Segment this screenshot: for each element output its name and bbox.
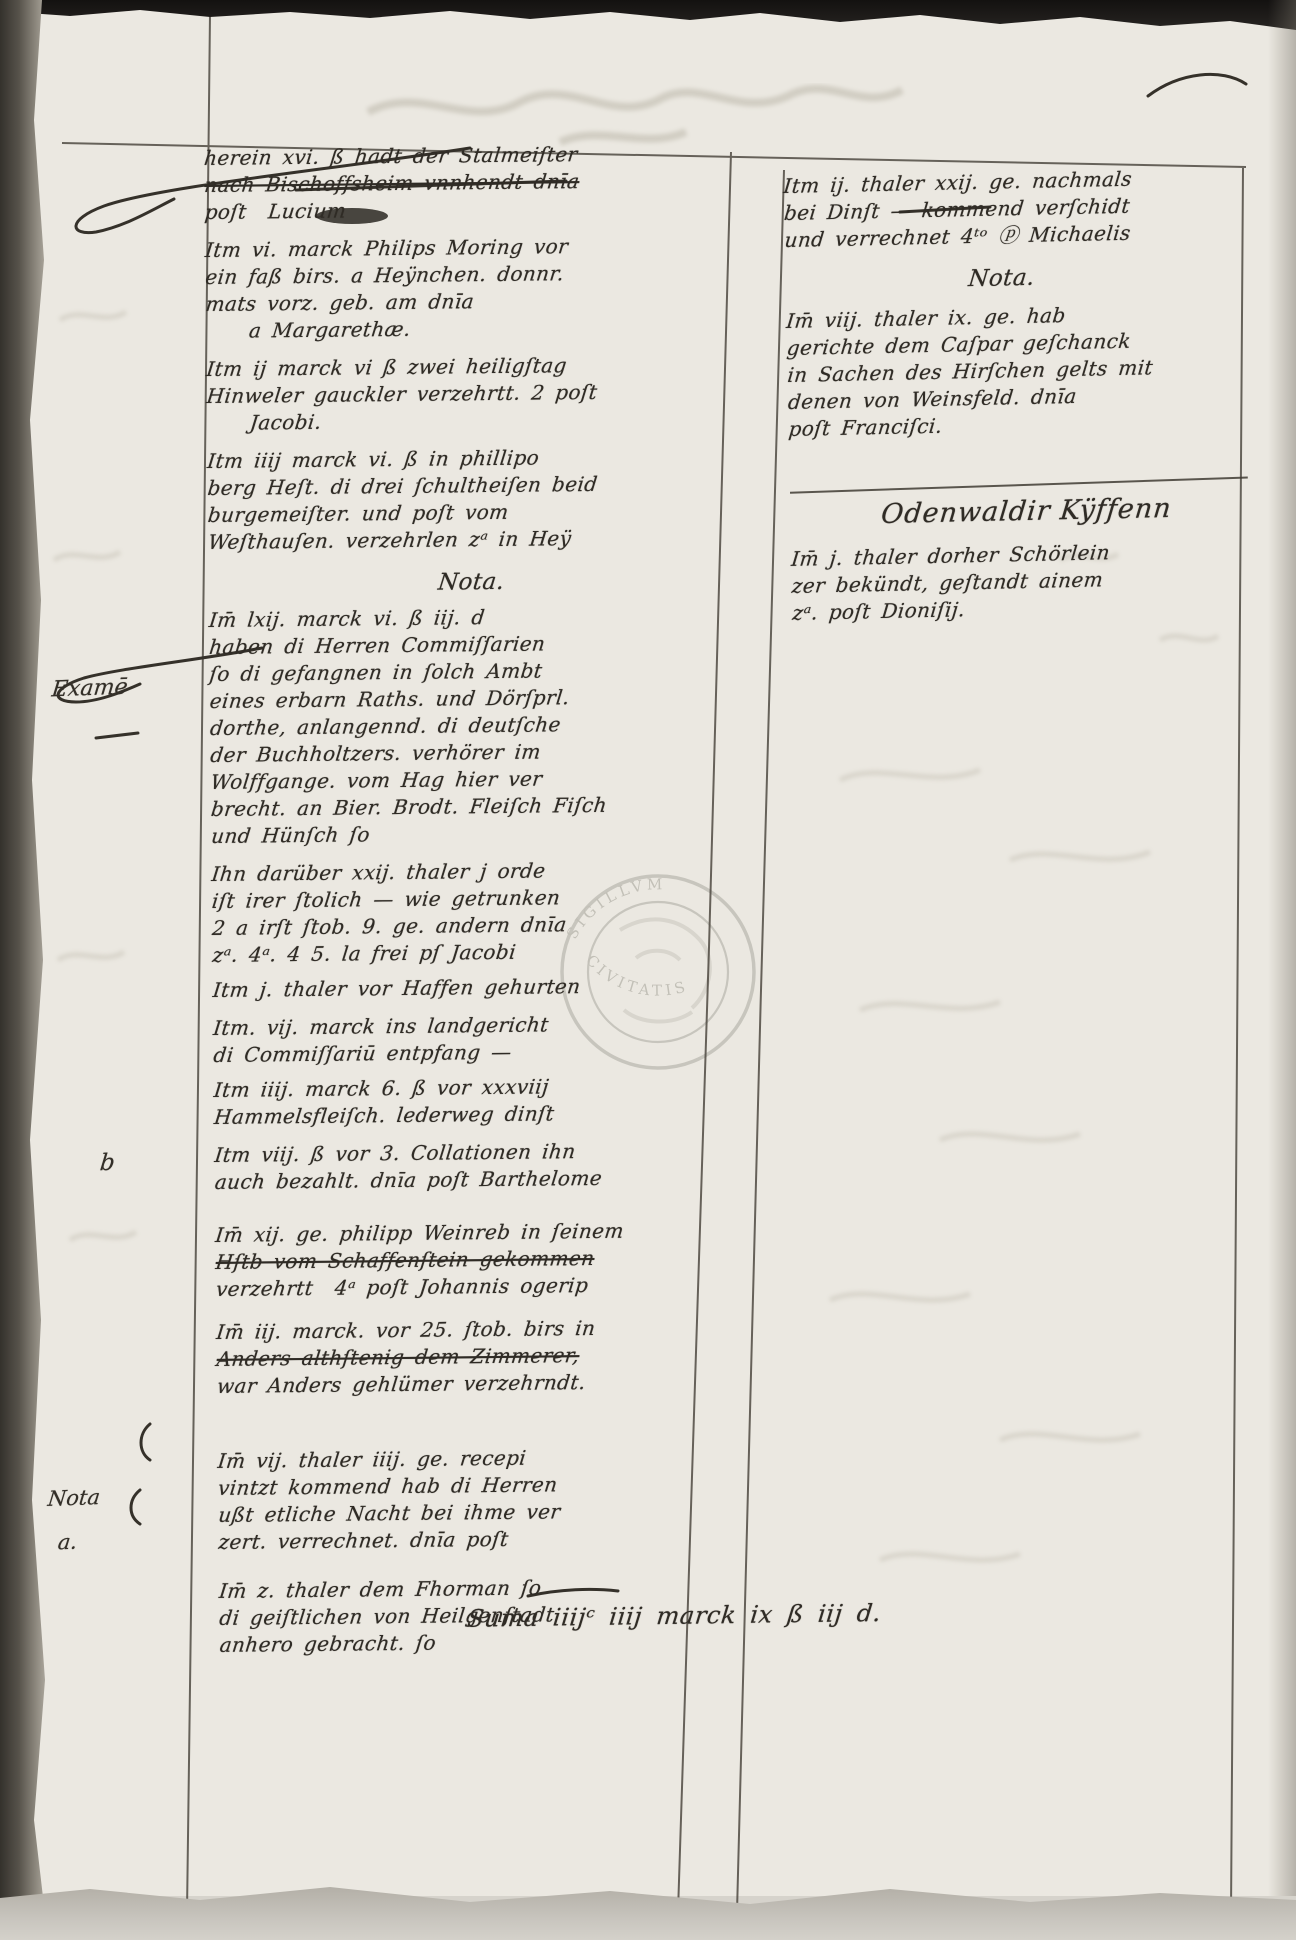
manuscript-line: a Margarethæ. [205, 312, 773, 345]
ledger-entry: Im̄ viij. thaler ix. ge. habgerichte dem… [786, 298, 1261, 443]
manuscript-scan: SIGILLVM CIVITATIS herei [0, 0, 1296, 1940]
ledger-entry: Ihn darüber xxij. thaler j ordeiſt irer … [212, 855, 778, 969]
manuscript-line: Nota. [784, 261, 1219, 297]
manuscript-line: verzehrtt 4ᵃ poſt Johannis ogerip [215, 1270, 783, 1303]
nota-heading: Nota. [209, 566, 734, 598]
ledger-entry: Im̄ j. thaler dorher Schörleinzer bekünd… [791, 536, 1265, 627]
ledger-entry: Itm viij. ß vor 3. Collationen ihnauch b… [215, 1136, 781, 1196]
margin-note-examen: Examē [51, 675, 129, 703]
nota-heading: Nota. [785, 261, 1217, 297]
ledger-entry: Im̄ xij. ge. philipp Weinreb in ſeinemHſ… [215, 1216, 781, 1303]
ledger-entry: Im̄ iij. marck. vor 25. ſtob. birs inAnd… [216, 1313, 782, 1400]
section-heading: Odenwaldir Kÿffenn [789, 491, 1264, 532]
ledger-entry: Itm vi. marck Philips Moring vorein faß … [205, 231, 771, 345]
margin-note-a: a. [57, 1530, 79, 1555]
page-right-edge [1268, 0, 1296, 1896]
ledger-entry: Itm iiij marck vi. ß in phillipoberg Heſ… [207, 442, 773, 556]
ledger-entry: Itm iiij. marck 6. ß vor xxxviijHammelsf… [214, 1071, 780, 1131]
manuscript-line: Jacobi. [205, 404, 773, 437]
manuscript-line: Itm j. thaler vor Haffen gehurten [211, 971, 779, 1004]
manuscript-line: Weſthauſen. verzehrlen zᵃ in Heÿ [207, 523, 775, 556]
ledger-entry: Im̄ lxij. marck vi. ß iij. dhaben di Her… [209, 601, 777, 850]
manuscript-line: zert. verrechnet. dnīa poſt [217, 1523, 785, 1556]
ledger-entry: Itm. vij. marck ins landgerichtdi Commiſ… [213, 1009, 779, 1069]
right-ledger-column: Itm ij. thaler xxij. ge. nachmalsbei Din… [783, 163, 1264, 627]
ledger-entry: Itm ij marck vi ß zwei heiligſtagHinwele… [206, 350, 772, 437]
manuscript-line: Nota. [207, 566, 735, 599]
right-column-entries-top: Itm ij. thaler xxij. ge. nachmalsbei Din… [783, 163, 1261, 443]
ledger-entry: Itm ij. thaler xxij. ge. nachmalsbei Din… [783, 163, 1257, 254]
manuscript-line: poſt Lucium [203, 193, 771, 226]
manuscript-line: Hammelsfleiſch. lederweg dinſt [213, 1098, 781, 1131]
margin-note-b: b [99, 1150, 117, 1176]
right-column-entries-bottom: Im̄ j. thaler dorher Schörleinzer bekünd… [791, 536, 1265, 627]
ledger-entry: Itm j. thaler vor Haffen gehurten [213, 971, 778, 1004]
ledger-entry: Im̄ vij. thaler iiij. ge. recepivintzt k… [218, 1442, 784, 1556]
manuscript-line: und Hünſch ſo [210, 817, 778, 850]
ledger-entry: herein xvi. ß hadt der Stalmeiſternach B… [204, 139, 770, 226]
left-ledger-column: herein xvi. ß hadt der Stalmeiſternach B… [204, 139, 785, 1659]
section-divider-rule [790, 477, 1248, 494]
manuscript-line: di Commiſſariū entpfang — [212, 1036, 780, 1069]
manuscript-line: zᵃ. 4ᵃ. 4 5. la frei pſ Jacobi [211, 936, 779, 969]
margin-note-nota: Nota [47, 1485, 102, 1511]
manuscript-line: auch bezahlt. dnīa poſt Barthelome [213, 1163, 781, 1196]
manuscript-line: war Anders gehlümer verzehrndt. [216, 1367, 784, 1400]
